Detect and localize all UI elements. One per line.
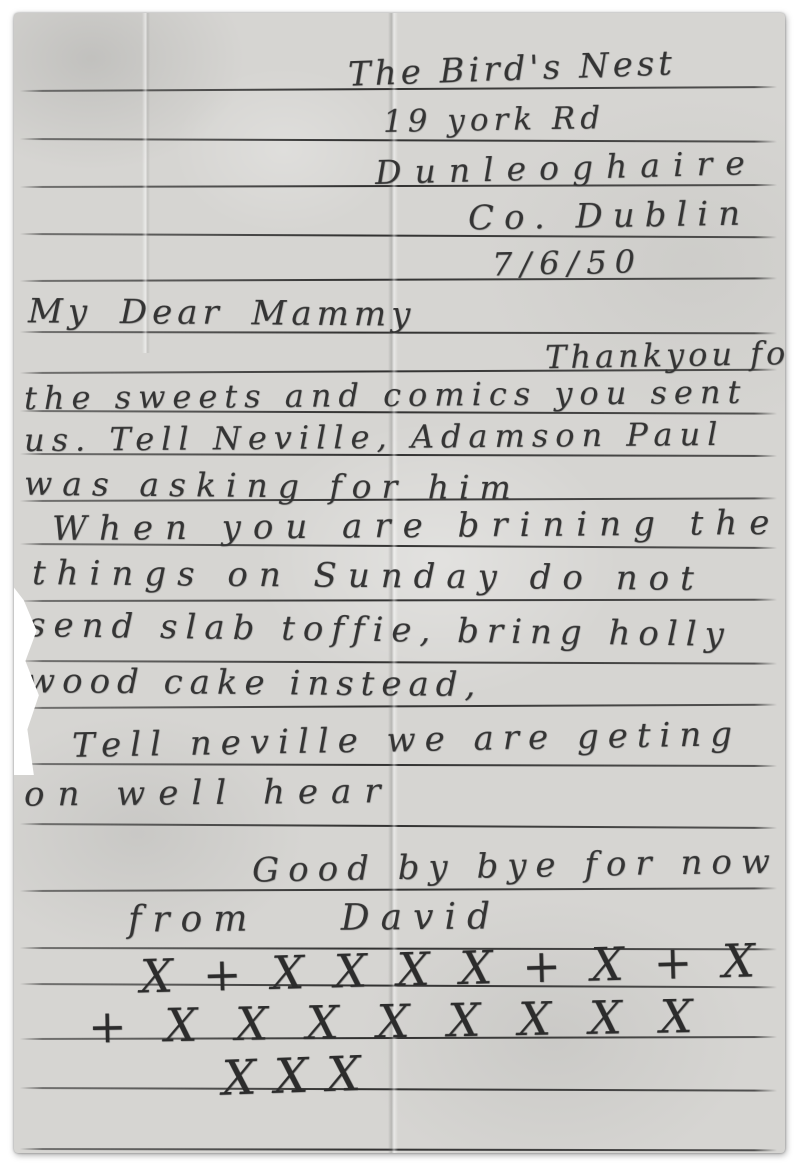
ruled-line	[20, 823, 777, 829]
body-line: the sweets and comics you sent	[24, 376, 748, 414]
kisses-row: +XXXXXXXX	[88, 992, 731, 1049]
body-line: send slab toffie, bring holly	[28, 608, 732, 652]
body-line: When you are brining the	[52, 506, 782, 546]
letter-paper: The Bird's Nest 19 york Rd Dunleoghaire …	[14, 13, 785, 1153]
address-line-town: Dunleoghaire	[375, 146, 759, 189]
salutation: My Dear Mammy	[28, 294, 416, 331]
body-line: us. Tell Neville, Adamson Paul	[24, 418, 725, 456]
ruled-line	[20, 277, 777, 282]
ruled-line	[20, 1148, 777, 1151]
ruled-line	[20, 887, 777, 892]
ruled-line	[20, 599, 777, 602]
letter-date: 7/6/50	[492, 246, 644, 281]
body-line: Thankyou for	[545, 337, 785, 374]
body-line: wood cake instead,	[26, 664, 483, 702]
body-line: was asking for him	[24, 467, 521, 504]
body-line: Tell neville we are geting	[72, 717, 742, 763]
body-line: on well hear	[24, 774, 394, 811]
ruled-line	[20, 704, 777, 709]
closing: Good by bye for now	[252, 844, 779, 887]
address-line-name: The Bird's Nest	[348, 46, 677, 91]
ruled-line	[20, 1087, 777, 1092]
body-line: things on Sunday do not	[32, 556, 705, 596]
address-line-county: Co. Dublin	[468, 197, 751, 236]
kisses-row: XXX	[221, 1049, 379, 1102]
address-line-street: 19 york Rd	[383, 103, 606, 138]
signature: from David	[128, 899, 501, 938]
scanned-letter-photo: { "letter": { "sender_address": { "name"…	[0, 0, 800, 1171]
